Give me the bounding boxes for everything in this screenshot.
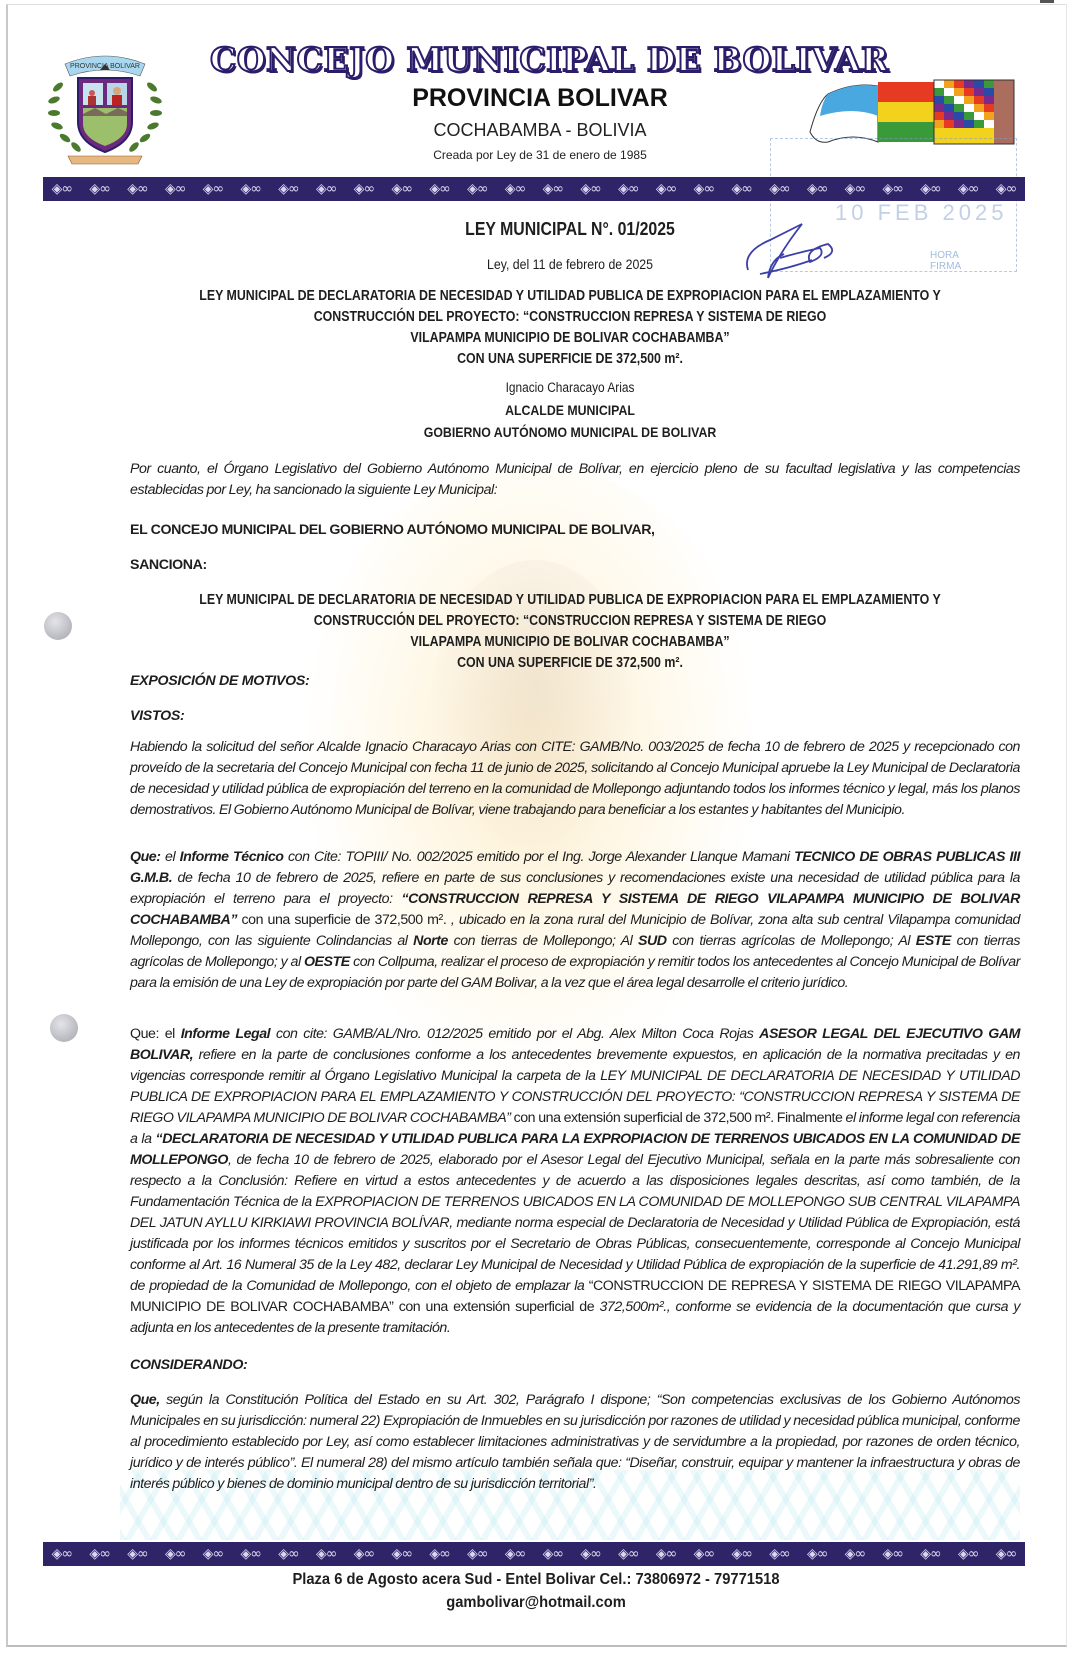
band-motif-icon: ◈∞: [694, 181, 714, 197]
signer-name: Ignacio Characayo Arias: [174, 380, 966, 395]
band-motif-icon: ◈∞: [127, 1546, 147, 1562]
band-motif-icon: ◈∞: [240, 181, 260, 197]
informe-legal-paragraph: Que: el Informe Legal con cite: GAMB/AL/…: [130, 1024, 1020, 1339]
signer-org: GOBIERNO AUTÓNOMO MUNICIPAL DE BOLIVAR: [174, 424, 966, 440]
band-motif-icon: ◈∞: [920, 181, 940, 197]
punch-hole: [50, 1014, 78, 1042]
creation-note: Creada por Ley de 31 de enero de 1985: [380, 148, 700, 162]
exposicion-heading: EXPOSICIÓN DE MOTIVOS:: [130, 673, 309, 689]
flags-icon: [808, 72, 1020, 147]
scan-mark: [1040, 0, 1054, 3]
band-motif-icon: ◈∞: [543, 1546, 563, 1562]
band-motif-icon: ◈∞: [883, 1546, 903, 1562]
law-date: Ley, del 11 de febrero de 2025: [174, 256, 966, 272]
band-motif-icon: ◈∞: [429, 1546, 449, 1562]
band-motif-icon: ◈∞: [656, 181, 676, 197]
band-motif-icon: ◈∞: [240, 1546, 260, 1562]
band-motif-icon: ◈∞: [165, 1546, 185, 1562]
municipal-crest-icon: PROVINCIA BOLIVAR: [40, 42, 170, 172]
band-motif-icon: ◈∞: [769, 1546, 789, 1562]
band-motif-icon: ◈∞: [543, 181, 563, 197]
band-motif-icon: ◈∞: [203, 1546, 223, 1562]
band-motif-icon: ◈∞: [618, 1546, 638, 1562]
band-motif-icon: ◈∞: [392, 1546, 412, 1562]
band-motif-icon: ◈∞: [278, 181, 298, 197]
footer-address: Plaza 6 de Agosto acera Sud - Entel Boli…: [43, 1571, 1029, 1589]
province-title: PROVINCIA BOLIVAR: [380, 84, 700, 113]
decorative-band-bottom: ◈∞◈∞◈∞◈∞◈∞◈∞◈∞◈∞◈∞◈∞◈∞◈∞◈∞◈∞◈∞◈∞◈∞◈∞◈∞◈∞…: [43, 1542, 1025, 1566]
band-motif-icon: ◈∞: [958, 181, 978, 197]
band-motif-icon: ◈∞: [89, 181, 109, 197]
band-motif-icon: ◈∞: [316, 181, 336, 197]
band-motif-icon: ◈∞: [996, 181, 1016, 197]
sanciona-heading: SANCIONA:: [130, 557, 207, 573]
band-motif-icon: ◈∞: [731, 181, 751, 197]
band-motif-icon: ◈∞: [580, 181, 600, 197]
band-motif-icon: ◈∞: [694, 1546, 714, 1562]
band-motif-icon: ◈∞: [996, 1546, 1016, 1562]
vistos-heading: VISTOS:: [130, 708, 184, 724]
band-motif-icon: ◈∞: [203, 181, 223, 197]
band-motif-icon: ◈∞: [127, 181, 147, 197]
law-title: LEY MUNICIPAL DE DECLARATORIA DE NECESID…: [183, 286, 957, 370]
band-motif-icon: ◈∞: [467, 181, 487, 197]
region-label: COCHABAMBA - BOLIVIA: [380, 120, 700, 141]
considerando-heading: CONSIDERANDO:: [130, 1357, 247, 1373]
band-motif-icon: ◈∞: [467, 1546, 487, 1562]
band-motif-icon: ◈∞: [618, 181, 638, 197]
band-motif-icon: ◈∞: [731, 1546, 751, 1562]
decorative-band-top: ◈∞◈∞◈∞◈∞◈∞◈∞◈∞◈∞◈∞◈∞◈∞◈∞◈∞◈∞◈∞◈∞◈∞◈∞◈∞◈∞…: [43, 177, 1025, 201]
por-cuanto-paragraph: Por cuanto, el Órgano Legislativo del Go…: [130, 459, 1020, 501]
band-motif-icon: ◈∞: [580, 1546, 600, 1562]
punch-hole: [44, 612, 72, 640]
council-title: CONCEJO MUNICIPAL DE BOLIVAR: [210, 40, 889, 79]
footer-email: gambolivar@hotmail.com: [43, 1594, 1029, 1612]
council-heading: EL CONCEJO MUNICIPAL DEL GOBIERNO AUTÓNO…: [130, 522, 655, 538]
band-motif-icon: ◈∞: [656, 1546, 676, 1562]
band-motif-icon: ◈∞: [505, 181, 525, 197]
band-motif-icon: ◈∞: [883, 181, 903, 197]
band-motif-icon: ◈∞: [278, 1546, 298, 1562]
band-motif-icon: ◈∞: [769, 181, 789, 197]
band-motif-icon: ◈∞: [165, 181, 185, 197]
considerando-paragraph: Que, según la Constitución Política del …: [130, 1390, 1020, 1495]
band-motif-icon: ◈∞: [52, 1546, 72, 1562]
band-motif-icon: ◈∞: [505, 1546, 525, 1562]
signer-role: ALCALDE MUNICIPAL: [174, 402, 966, 418]
band-motif-icon: ◈∞: [958, 1546, 978, 1562]
vistos-paragraph: Habiendo la solicitud del señor Alcalde …: [130, 737, 1020, 821]
law-title-repeat: LEY MUNICIPAL DE DECLARATORIA DE NECESID…: [183, 590, 957, 674]
band-motif-icon: ◈∞: [354, 1546, 374, 1562]
band-motif-icon: ◈∞: [920, 1546, 940, 1562]
band-motif-icon: ◈∞: [52, 181, 72, 197]
band-motif-icon: ◈∞: [845, 181, 865, 197]
law-number: LEY MUNICIPAL N°. 01/2025: [174, 219, 966, 240]
band-motif-icon: ◈∞: [807, 1546, 827, 1562]
band-motif-icon: ◈∞: [845, 1546, 865, 1562]
band-motif-icon: ◈∞: [392, 181, 412, 197]
informe-tecnico-paragraph: Que: el Informe Técnico con Cite: TOPIII…: [130, 847, 1020, 994]
band-motif-icon: ◈∞: [354, 181, 374, 197]
band-motif-icon: ◈∞: [807, 181, 827, 197]
band-motif-icon: ◈∞: [429, 181, 449, 197]
band-motif-icon: ◈∞: [316, 1546, 336, 1562]
band-motif-icon: ◈∞: [89, 1546, 109, 1562]
